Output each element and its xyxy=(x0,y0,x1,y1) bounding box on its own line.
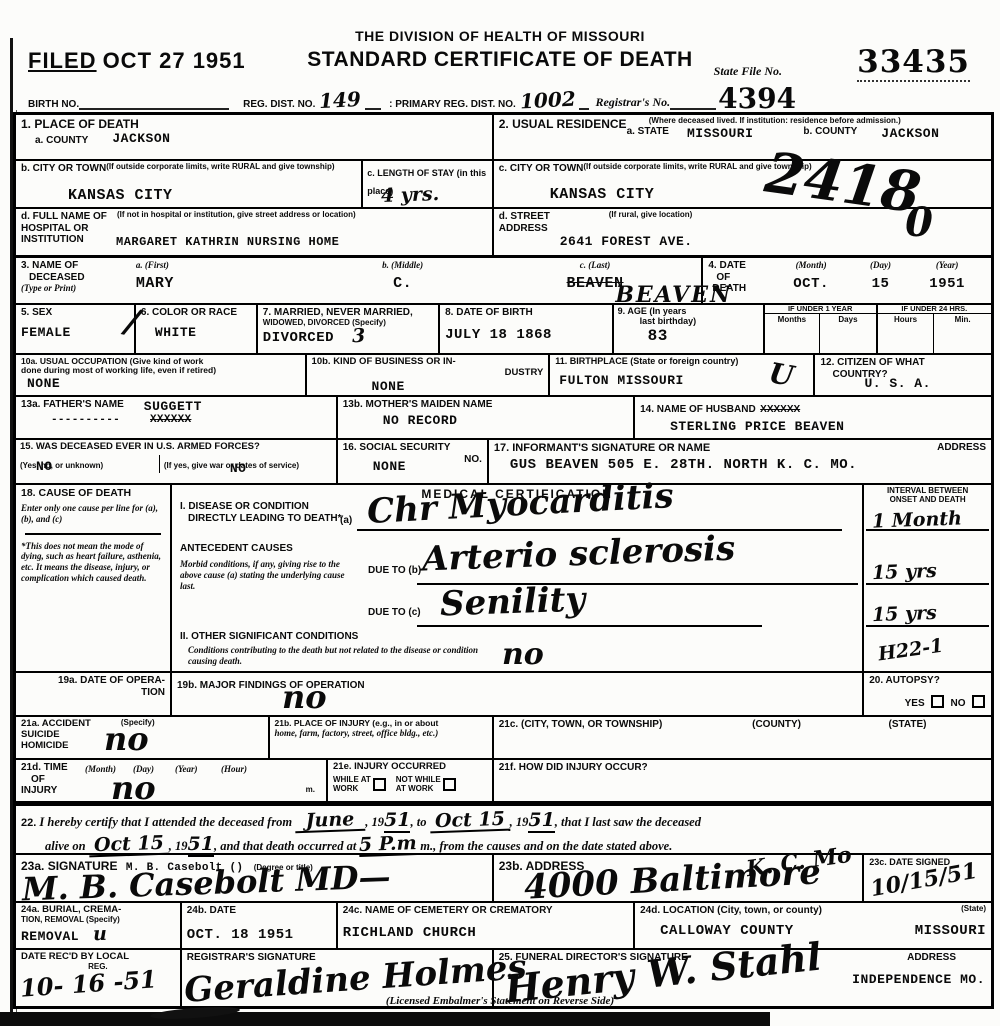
s2d-value: 2641 FOREST AVE. xyxy=(560,234,693,249)
s19a-label2: TION xyxy=(21,687,165,699)
s4-title3: DEATH xyxy=(712,283,769,295)
s18-interval-c: 15 yrs xyxy=(872,604,937,625)
s4-day-value: 15 xyxy=(853,276,909,292)
s18-interval-label2: ONSET AND DEATH xyxy=(864,496,991,505)
section-informant: 17. INFORMANT'S SIGNATURE OR NAME ADDRES… xyxy=(489,440,991,483)
document-title-line1: THE DIVISION OF HEALTH OF MISSOURI xyxy=(0,28,1000,44)
s9-min-label: Min. xyxy=(934,314,991,353)
section-physician-signature: 23a. SIGNATURE M. B. Casebolt () (Degree… xyxy=(16,855,494,901)
s9-under24-label: IF UNDER 24 HRS. xyxy=(878,305,991,314)
s21d-m-label: m. xyxy=(306,786,315,795)
s25-fd-address-label: ADDRESS xyxy=(907,952,956,964)
s10a-label2: done during most of working life, even i… xyxy=(21,366,300,375)
s14-value: STERLING PRICE BEAVEN xyxy=(670,419,986,434)
s2a-value: MISSOURI xyxy=(687,126,753,141)
s22-text2: , 19 xyxy=(365,815,384,829)
section-burial-date: 24b. DATE OCT. 18 1951 xyxy=(182,903,338,948)
s3-first-label: a. (First) xyxy=(136,260,312,271)
s13a-struck-text: XXXXXX xyxy=(150,414,191,426)
section-usual-residence: 2. USUAL RESIDENCE (Where deceased lived… xyxy=(494,115,991,255)
filed-stamp-date: OCT 27 1951 xyxy=(103,48,246,73)
registrar-no-blank xyxy=(670,98,716,110)
section-injury-occurred: 21e. INJURY OCCURRED WHILE AT WORK NOT W… xyxy=(328,760,494,801)
s22-text9: m., from the causes and on the date stat… xyxy=(420,839,672,853)
registrar-no-label: Registrar's No. xyxy=(595,95,670,110)
s10b-label2: DUSTRY xyxy=(312,368,544,379)
s1b-note: (If outside corporate limits, write RURA… xyxy=(99,163,356,172)
injury-not-while-at-work-checkbox xyxy=(443,778,456,791)
s2-handwritten-annotation-2: 0 xyxy=(905,203,933,243)
section-fathers-name: 13a. FATHER'S NAME SUGGETT ---------- XX… xyxy=(16,397,338,438)
autopsy-no-checkbox xyxy=(972,695,985,708)
embalmer-footnote: (Licensed Embalmer's Statement on Revers… xyxy=(0,995,1000,1008)
section-age: 9. AGE (In years last birthday) 83 IF UN… xyxy=(614,305,991,353)
s7-label2: WIDOWED, DIVORCED (Specify) xyxy=(263,319,433,328)
s21f-label: 21f. HOW DID INJURY OCCUR? xyxy=(499,762,986,774)
s18-label: 18. CAUSE OF DEATH xyxy=(21,487,165,499)
section-place-of-injury: 21b. PLACE OF INJURY (e.g., in or about … xyxy=(270,717,494,758)
section-citizenship: 12. CITIZEN OF WHAT COUNTRY? U. S. A. xyxy=(815,355,991,395)
reg-dist-label: REG. DIST. NO. xyxy=(243,99,315,110)
s21d-year-label: (Year) xyxy=(175,764,198,775)
s9-label2: last birthday) xyxy=(640,317,759,327)
s19b-handwritten: no xyxy=(282,681,327,713)
s21a-handwritten: no xyxy=(104,723,149,755)
registrar-number: 4394 xyxy=(718,88,796,110)
s4-title: 4. DATE xyxy=(708,260,769,272)
s1b-label: b. CITY OR TOWN xyxy=(21,163,106,175)
s18-ii-label: II. OTHER SIGNIFICANT CONDITIONS xyxy=(180,631,358,643)
s22-text7: , 19 xyxy=(169,839,188,853)
section-burial-removal: 24a. BURIAL, CREMA- TION, REMOVAL (Speci… xyxy=(16,903,182,948)
s11-pen-mark: U xyxy=(767,359,796,391)
s1d-value: MARGARET KATHRIN NURSING HOME xyxy=(116,235,339,249)
section-injury-location: 21c. (CITY, TOWN, OR TOWNSHIP) (COUNTY) … xyxy=(494,717,991,758)
s21d-label3: INJURY xyxy=(21,785,81,797)
s15-label: 15. WAS DECEASED EVER IN U.S. ARMED FORC… xyxy=(16,440,336,455)
reg-dist-number: 149 xyxy=(319,87,362,113)
s18-interval-d: H22-1 xyxy=(877,637,945,665)
s15-note1: (Yes, no, or unknown) xyxy=(20,461,103,470)
section-cause-of-death-notes: 18. CAUSE OF DEATH Enter only one cause … xyxy=(16,485,172,671)
s15-value1: NO xyxy=(36,459,53,474)
s21e-while-label2: WORK xyxy=(333,785,371,794)
s21c-county-label: (COUNTY) xyxy=(752,719,888,756)
s13b-value: NO RECORD xyxy=(383,413,628,428)
scan-bottom-artifact xyxy=(0,1012,770,1026)
s22-year1-value: 51 xyxy=(384,809,410,833)
section-how-did-injury-occur: 21f. HOW DID INJURY OCCUR? xyxy=(494,760,991,801)
section-cemetery-name: 24c. NAME OF CEMETERY OR CREMATORY RICHL… xyxy=(338,903,635,948)
s22-year3-value: 51 xyxy=(188,833,214,857)
section-name-of-husband: 14. NAME OF HUSBAND XXXXXX STERLING PRIC… xyxy=(635,397,991,438)
reg-dist-blank xyxy=(365,98,381,110)
s21c-label: 21c. (CITY, TOWN, OR TOWNSHIP) xyxy=(499,719,752,756)
section-interval-column: INTERVAL BETWEEN ONSET AND DEATH 1 Month… xyxy=(864,485,991,671)
s13b-label: 13b. MOTHER'S MAIDEN NAME xyxy=(343,399,628,411)
section-armed-forces: 15. WAS DECEASED EVER IN U.S. ARMED FORC… xyxy=(16,440,338,483)
s21e-notwhile-label2: AT WORK xyxy=(396,785,441,794)
s7-pen-mark: 3 xyxy=(352,327,366,346)
section-name-of-deceased: 3. NAME OF DECEASED (Type or Print) a. (… xyxy=(16,258,703,303)
s4-title2: OF xyxy=(716,272,769,284)
s18-b-tag: DUE TO (b) xyxy=(368,565,421,577)
s15-value2: NO xyxy=(230,461,247,476)
s24b-value: OCT. 18 1951 xyxy=(187,927,331,943)
s1a-value: JACKSON xyxy=(112,131,170,146)
s9-months-label: Months xyxy=(765,314,821,353)
s20-label: 20. AUTOPSY? xyxy=(869,675,986,687)
s2a-label: a. STATE xyxy=(627,126,669,141)
s10b-value: NONE xyxy=(372,379,544,394)
s22-text1: I hereby certify that I attended the dec… xyxy=(39,815,292,829)
s22-from-value: June xyxy=(295,810,366,833)
s9-value: 83 xyxy=(648,327,759,345)
s18-note1: Enter only one cause per line for (a), (… xyxy=(21,503,165,525)
s18-i-label: I. DISEASE OR CONDITION xyxy=(180,501,309,513)
s3-middle-label: b. (Middle) xyxy=(311,260,493,271)
s9-hours-label: Hours xyxy=(878,314,935,353)
s5-label: 5. SEX xyxy=(21,307,129,319)
s21b-label2: home, farm, factory, street, office bldg… xyxy=(275,728,487,739)
s9-under1-label: IF UNDER 1 YEAR xyxy=(765,305,876,314)
section-date-signed: 23c. DATE SIGNED 10/15/51 xyxy=(864,855,991,901)
s6-label: 6. COLOR OR RACE xyxy=(141,307,251,319)
section-autopsy: 20. AUTOPSY? YES NO xyxy=(864,673,991,715)
s24c-value: RICHLAND CHURCH xyxy=(343,925,628,941)
s13a-label: 13a. FATHER'S NAME xyxy=(21,399,124,414)
s4-month-label: (Month) xyxy=(769,260,852,271)
s9-days-label: Days xyxy=(820,314,876,353)
s22-text3: , to xyxy=(410,815,426,829)
s24d-value: CALLOWAY COUNTY xyxy=(660,923,794,939)
s18-interval-b: 15 yrs xyxy=(872,562,937,583)
s21d-handwritten: no xyxy=(111,772,156,804)
s17-value: GUS BEAVEN 505 E. 28TH. NORTH K. C. MO. xyxy=(510,457,986,473)
section-date-of-operation: 19a. DATE OF OPERA- TION xyxy=(16,673,172,715)
autopsy-yes-checkbox xyxy=(931,695,944,708)
s8-value: JULY 18 1868 xyxy=(445,327,607,343)
s13a-value: SUGGETT xyxy=(144,399,202,414)
s24a-value: REMOVAL xyxy=(21,929,79,944)
s12-value: U. S. A. xyxy=(864,376,986,391)
s3-title2: DECEASED xyxy=(29,272,136,284)
s22-number: 22. xyxy=(21,817,36,829)
s2c-value: KANSAS CITY xyxy=(550,186,655,203)
section-accident-suicide-homicide: 21a. ACCIDENT SUICIDE HOMICIDE (Specify)… xyxy=(16,717,270,758)
s25-fd-address-value: INDEPENDENCE MO. xyxy=(852,972,985,987)
s20-yes-label: YES xyxy=(905,698,925,709)
section-color-or-race: 6. COLOR OR RACE WHITE xyxy=(136,305,258,353)
s3-title: 3. NAME OF xyxy=(21,260,136,272)
s22-to-value: Oct 15 xyxy=(429,810,510,834)
primary-reg-number: 1002 xyxy=(519,87,576,114)
s18-cause-b-handwritten: Arterio sclerosis xyxy=(422,532,736,577)
s20-no-label: NO xyxy=(951,698,966,709)
s7-label: 7. MARRIED, NEVER MARRIED, xyxy=(263,307,433,319)
primary-reg-label: : PRIMARY REG. DIST. NO. xyxy=(389,99,516,110)
s1c-value: 4 yrs. xyxy=(381,185,440,206)
s10a-value: NONE xyxy=(27,376,300,391)
certificate-form: 1. PLACE OF DEATH a. COUNTY JACKSON b. C… xyxy=(13,112,994,1009)
s24d-label: 24d. LOCATION (City, town, or county) xyxy=(640,905,822,917)
s22-alive-value: Oct 15 xyxy=(88,834,169,858)
birth-no-blank xyxy=(79,98,229,110)
s8-label: 8. DATE OF BIRTH xyxy=(445,307,607,319)
s21b-label: 21b. PLACE OF INJURY (e.g., in or about xyxy=(275,719,487,728)
s1d-note: (If not in hospital or institution, give… xyxy=(117,211,487,220)
s1b-value: KANSAS CITY xyxy=(68,187,173,204)
s22-hour-value: 5 P.m xyxy=(359,834,417,857)
s21e-label: 21e. INJURY OCCURRED xyxy=(333,762,487,773)
s24c-label: 24c. NAME OF CEMETERY OR CREMATORY xyxy=(343,905,628,917)
s19a-label: 19a. DATE OF OPERA- xyxy=(21,675,165,687)
section-physician-address: 23b. ADDRESS 4000 Baltimore K. C. Mo xyxy=(494,855,865,901)
death-certificate-scan: THE DIVISION OF HEALTH OF MISSOURI STAND… xyxy=(0,0,1000,1026)
section-date-of-death: 4. DATE OF DEATH (Month) OCT. (Day) 15 (… xyxy=(703,258,991,303)
s21d-label2: OF xyxy=(31,774,81,786)
s24a-pen-mark: u xyxy=(93,924,107,943)
injury-while-at-work-checkbox xyxy=(373,778,386,791)
s18-note2: *This does not mean the mode of dying, s… xyxy=(21,541,165,584)
section-time-of-injury: 21d. TIME OF INJURY (Month) (Day) (Year)… xyxy=(16,760,328,801)
s2-note: (Where deceased lived. If institution: r… xyxy=(649,117,986,126)
s18-ii-note: Conditions contributing to the death but… xyxy=(188,645,488,667)
section-sex: 5. SEX FEMALE / xyxy=(16,305,136,353)
filed-stamp-word: FILED xyxy=(28,48,97,73)
s4-year-label: (Year) xyxy=(908,260,986,271)
section-usual-occupation: 10a. USUAL OCCUPATION (Give kind of work… xyxy=(16,355,307,395)
s3-last-label: c. (Last) xyxy=(494,260,697,271)
s16-label: 16. SOCIAL SECURITY xyxy=(343,442,482,454)
section-major-findings: 19b. MAJOR FINDINGS OF OPERATION no xyxy=(172,673,864,715)
section-social-security: 16. SOCIAL SECURITY NO. NONE xyxy=(338,440,489,483)
s21c-state-label: (STATE) xyxy=(889,719,927,756)
s17-address-label: ADDRESS xyxy=(937,442,986,454)
s2b-label: b. COUNTY xyxy=(803,126,857,141)
s22-year2-value: 51 xyxy=(528,809,554,833)
s2b-value: JACKSON xyxy=(881,126,939,141)
s2c-label: c. CITY OR TOWN xyxy=(499,163,584,175)
registration-line: BIRTH NO. REG. DIST. NO. 149 : PRIMARY R… xyxy=(28,88,986,110)
s13a-dashes: ---------- xyxy=(51,414,120,426)
birth-no-label: BIRTH NO. xyxy=(28,99,79,110)
s21d-label: 21d. TIME xyxy=(21,762,81,774)
filed-stamp: FILEDOCT 27 1951 xyxy=(28,48,246,74)
s4-year-value: 1951 xyxy=(908,276,986,292)
s18-i-label2: DIRECTLY LEADING TO DEATH* xyxy=(188,513,342,525)
s4-month-value: OCT. xyxy=(769,276,852,292)
section-birthplace: 11. BIRTHPLACE (State or foreign country… xyxy=(550,355,815,395)
s24d-state-value: MISSOURI xyxy=(915,923,986,939)
s3-title3: (Type or Print) xyxy=(21,283,136,294)
s18-antecedent-note: Morbid conditions, if any, giving rise t… xyxy=(180,559,360,591)
section-medical-certification: MEDICAL CERTIFICATION I. DISEASE OR COND… xyxy=(172,485,864,671)
primary-reg-blank xyxy=(579,98,589,110)
section-marital-status: 7. MARRIED, NEVER MARRIED, WIDOWED, DIVO… xyxy=(258,305,440,353)
s18-a-tag: (a) xyxy=(340,515,352,527)
s1d-label: d. FULL NAME OF HOSPITAL OR INSTITUTION xyxy=(21,211,113,246)
s4-day-label: (Day) xyxy=(853,260,909,271)
s17-label: 17. INFORMANT'S SIGNATURE OR NAME xyxy=(494,442,710,454)
s22-text5: , that I last saw the deceased xyxy=(555,815,701,829)
s22-text6: alive on xyxy=(45,839,86,853)
s22-text4: , 19 xyxy=(510,815,529,829)
s21a-label3: HOMICIDE xyxy=(21,741,91,752)
section-place-of-death: 1. PLACE OF DEATH a. COUNTY JACKSON b. C… xyxy=(16,115,494,255)
s21d-hour-label: (Hour) xyxy=(221,764,247,775)
s6-value: WHITE xyxy=(155,325,251,340)
section-date-of-birth: 8. DATE OF BIRTH JULY 18 1868 xyxy=(440,305,614,353)
s5-value: FEMALE xyxy=(21,325,129,340)
s14-label: 14. NAME OF HUSBAND xyxy=(640,404,756,415)
s3-first-value: MARY xyxy=(136,275,312,292)
state-file-label: State File No. xyxy=(714,64,782,79)
s14-struck-text: XXXXXX xyxy=(760,404,800,415)
s3-middle-value: C. xyxy=(311,275,493,292)
s2d-label: d. STREET ADDRESS xyxy=(499,211,559,234)
s24d-state-label: (State) xyxy=(961,905,986,917)
s18-antecedent-label: ANTECEDENT CAUSES xyxy=(180,543,293,555)
section-kind-of-business: 10b. KIND OF BUSINESS OR IN- DUSTRY NONE xyxy=(307,355,551,395)
s2-title: 2. USUAL RESIDENCE xyxy=(499,117,627,131)
s1-title: 1. PLACE OF DEATH xyxy=(21,117,487,131)
s22-text8: , and that death occurred at xyxy=(214,839,356,853)
s18-c-tag: DUE TO (c) xyxy=(368,607,421,619)
s18-cause-c-handwritten: Senility xyxy=(439,582,585,621)
s19b-label: 19b. MAJOR FINDINGS OF OPERATION xyxy=(177,680,365,691)
section-mothers-maiden-name: 13b. MOTHER'S MAIDEN NAME NO RECORD xyxy=(338,397,635,438)
s7-value: DIVORCED xyxy=(263,330,334,346)
s1a-label: a. COUNTY xyxy=(35,135,88,147)
s24b-label: 24b. DATE xyxy=(187,905,331,917)
s18-ii-handwritten: no xyxy=(502,640,544,670)
s12-label: 12. CITIZEN OF WHAT xyxy=(820,357,986,369)
state-file-number: 33435 xyxy=(857,44,970,82)
